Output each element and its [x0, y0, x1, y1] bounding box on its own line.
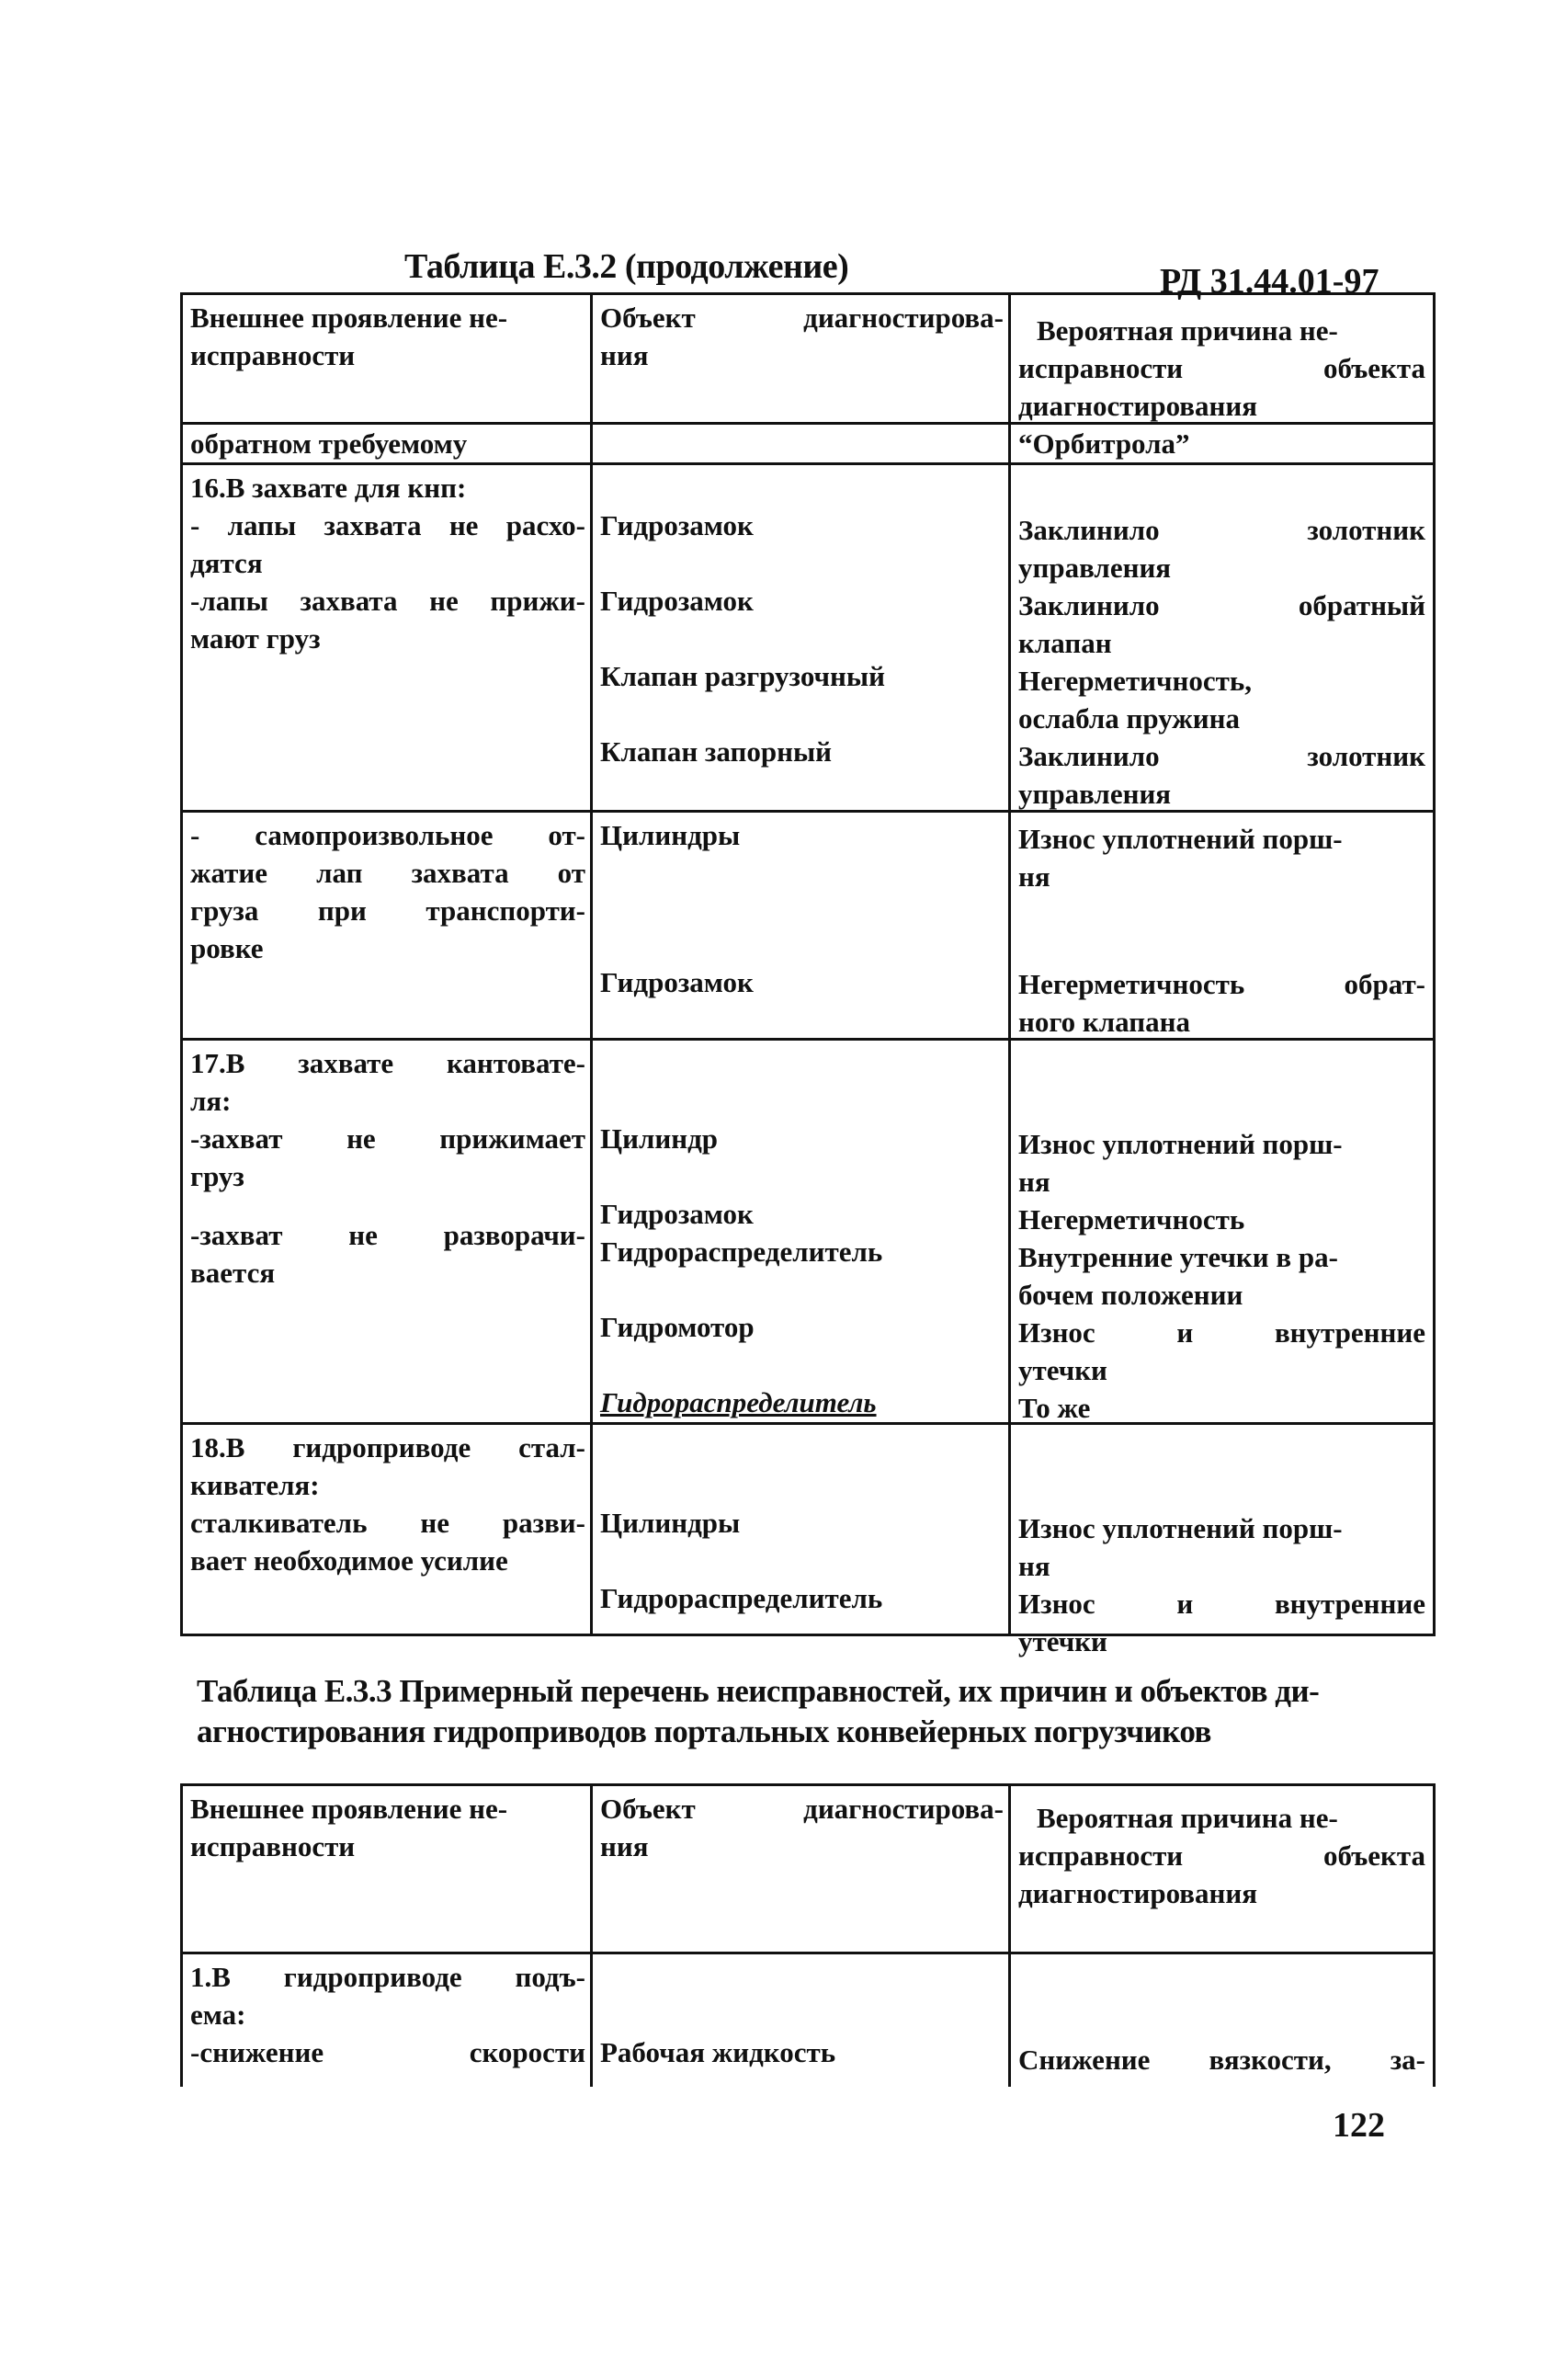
- cell-text: 16.В захвате для кнп:: [190, 469, 585, 507]
- page-number: 122: [1333, 2105, 1385, 2146]
- cell-text: Гидрозамок: [600, 582, 1004, 657]
- cell-text: То же: [1018, 1389, 1425, 1427]
- cell-text: Износ уплотнений порш-: [1018, 1125, 1425, 1163]
- cell-text: Износ уплотнений порш-: [1018, 1509, 1425, 1547]
- cell-text: Заклинило обратный: [1018, 586, 1425, 624]
- row-cell-col3: Заклинило золотник управления Заклинило …: [1011, 465, 1433, 810]
- cell-text: Рабочая жидкость: [600, 2033, 1004, 2071]
- header-text: диагностирования: [1018, 1874, 1425, 1912]
- cell-text: Внутренние утечки в ра-: [1018, 1238, 1425, 1276]
- cell-text: Износ уплотнений порш-: [1018, 820, 1425, 858]
- cell-text: ровке: [190, 929, 585, 967]
- header-text: Вероятная причина не-: [1018, 312, 1425, 349]
- table2-header-col1: Внешнее проявление не- исправности: [183, 1786, 593, 1952]
- cell-text: Гидрораспределитель: [600, 1579, 1004, 1617]
- header-text: Объект диагностирова-: [600, 299, 1004, 336]
- row-cell-col1: 16.В захвате для кнп: - лапы захвата не …: [183, 465, 593, 810]
- cell-text: Гидрораспределитель: [600, 1384, 1004, 1421]
- column-divider: [1008, 295, 1011, 1634]
- cell-text: управления: [1018, 775, 1425, 813]
- row-cell-col3: Снижение вязкости, за-: [1011, 1954, 1433, 2090]
- row-cell-col1: 18.В гидроприводе стал- кивателя: сталки…: [183, 1425, 593, 1639]
- cell-text: - лапы захвата не расхо-: [190, 507, 585, 544]
- cell-text: Негерметичность обрат-: [1018, 965, 1425, 1003]
- cell-text: ня: [1018, 858, 1425, 965]
- cell-text: Износ и внутренние: [1018, 1585, 1425, 1623]
- cell-text: 17.В захвате кантовате-: [190, 1044, 585, 1082]
- table1-caption: Таблица Е.3.2 (продолжение): [404, 246, 848, 287]
- cell-text: ня: [1018, 1547, 1425, 1585]
- header-text: исправности объекта: [1018, 349, 1425, 387]
- cell-text: обратном требуемому: [190, 425, 585, 462]
- cell-text: -захват не разворачи-: [190, 1216, 585, 1254]
- table-row: 1.В гидроприводе подъ- ема: -снижение ск…: [183, 1952, 1433, 2090]
- cell-text: вает необходимое усилие: [190, 1542, 585, 1579]
- column-divider: [1008, 1786, 1011, 2087]
- table-row: - самопроизвольное от- жатие лап захвата…: [183, 810, 1433, 1038]
- column-divider: [590, 1786, 593, 2087]
- header-text: Внешнее проявление не-: [190, 299, 585, 336]
- table1-header-row: Внешнее проявление не- исправности Объек…: [183, 295, 1433, 422]
- cell-text: Заклинило золотник: [1018, 511, 1425, 549]
- cell-text: -лапы захвата не прижи-: [190, 582, 585, 620]
- cell-text: -захват не прижимает: [190, 1120, 585, 1157]
- cell-text: Гидромотор: [600, 1308, 1004, 1384]
- header-text: Объект диагностирова-: [600, 1790, 1004, 1828]
- table-row: 17.В захвате кантовате- ля: -захват не п…: [183, 1038, 1433, 1422]
- cell-text: дятся: [190, 544, 585, 582]
- cell-text: вается: [190, 1254, 585, 1292]
- cell-text: Гидрозамок: [600, 963, 1004, 1001]
- row-cell-col2: Гидрозамок Гидрозамок Клапан разгрузочны…: [593, 465, 1011, 810]
- table-row: 16.В захвате для кнп: - лапы захвата не …: [183, 462, 1433, 810]
- header-text: Вероятная причина не-: [1018, 1799, 1425, 1837]
- cell-text: Негерметичность,: [1018, 662, 1425, 700]
- row-cell-col1: - самопроизвольное от- жатие лап захвата…: [183, 813, 593, 1038]
- header-text: диагностирования: [1018, 387, 1425, 425]
- table1: Внешнее проявление не- исправности Объек…: [180, 292, 1436, 1636]
- cell-text: ного клапана: [1018, 1003, 1425, 1041]
- cell-text: Заклинило золотник: [1018, 737, 1425, 775]
- row-cell-col3: Износ уплотнений порш- ня Негерметичност…: [1011, 813, 1433, 1038]
- row-cell-col3: Износ уплотнений порш- ня Негерметичност…: [1011, 1041, 1433, 1422]
- cell-text: Гидрозамок: [600, 1195, 1004, 1233]
- cell-text: Клапан разгрузочный: [600, 657, 1004, 733]
- cell-text: груз: [190, 1157, 585, 1216]
- cell-text: Клапан запорный: [600, 733, 1004, 770]
- cell-text: управления: [1018, 549, 1425, 586]
- header-text: ния: [600, 336, 1004, 374]
- caption-line: Таблица Е.3.3 Примерный перечень неиспра…: [197, 1671, 1319, 1712]
- table1-header-col3: Вероятная причина не- исправности объект…: [1011, 295, 1433, 422]
- header-text: ния: [600, 1828, 1004, 1865]
- cell-text: “Орбитрола”: [1018, 425, 1425, 462]
- row-cell-col2: Цилиндр Гидрозамок Гидрораспределитель Г…: [593, 1041, 1011, 1422]
- cell-text: Износ и внутренние: [1018, 1314, 1425, 1351]
- row-cell-col2: Цилиндры Гидрозамок: [593, 813, 1011, 1038]
- row-cell-col3: “Орбитрола”: [1011, 425, 1433, 462]
- table2: Внешнее проявление не- исправности Объек…: [180, 1783, 1436, 2087]
- row-cell-col1: 17.В захвате кантовате- ля: -захват не п…: [183, 1041, 593, 1422]
- cell-text: - самопроизвольное от-: [190, 816, 585, 854]
- cell-text: Цилиндры: [600, 816, 1004, 963]
- table2-header-col3: Вероятная причина не- исправности объект…: [1011, 1786, 1433, 1952]
- row-cell-col2: Цилиндры Гидрораспределитель: [593, 1425, 1011, 1639]
- cell-text: кивателя:: [190, 1466, 585, 1504]
- table1-header-col2: Объект диагностирова- ния: [593, 295, 1011, 422]
- table2-caption: Таблица Е.3.3 Примерный перечень неиспра…: [197, 1671, 1319, 1752]
- cell-text: клапан: [1018, 624, 1425, 662]
- header-text: исправности объекта: [1018, 1837, 1425, 1874]
- cell-text: ля:: [190, 1082, 585, 1120]
- row-cell-col3: Износ уплотнений порш- ня Износ и внутре…: [1011, 1425, 1433, 1639]
- header-text: Внешнее проявление не-: [190, 1790, 585, 1828]
- cell-text: ема:: [190, 1996, 585, 2033]
- cell-text: бочем положении: [1018, 1276, 1425, 1314]
- caption-line: агностирования гидроприводов портальных …: [197, 1712, 1319, 1752]
- table2-header-row: Внешнее проявление не- исправности Объек…: [183, 1786, 1433, 1952]
- header-text: исправности: [190, 1828, 585, 1865]
- table-row: 18.В гидроприводе стал- кивателя: сталки…: [183, 1422, 1433, 1639]
- cell-text: утечки: [1018, 1351, 1425, 1389]
- cell-text: ня: [1018, 1163, 1425, 1201]
- cell-text: груза при транспорти-: [190, 892, 585, 929]
- table1-header-col1: Внешнее проявление не- исправности: [183, 295, 593, 422]
- column-divider: [590, 295, 593, 1634]
- cell-text: -снижение скорости: [190, 2033, 585, 2071]
- cell-text: Негерметичность: [1018, 1201, 1425, 1238]
- cell-text: Гидрозамок: [600, 507, 1004, 582]
- row-cell-col2: Рабочая жидкость: [593, 1954, 1011, 2090]
- row-cell-col1: 1.В гидроприводе подъ- ема: -снижение ск…: [183, 1954, 593, 2090]
- cell-text: 18.В гидроприводе стал-: [190, 1429, 585, 1466]
- cell-text: Гидрораспределитель: [600, 1233, 1004, 1308]
- cell-text: Снижение вязкости, за-: [1018, 2041, 1425, 2078]
- cell-text: Цилиндр: [600, 1120, 1004, 1195]
- cell-text: сталкиватель не разви-: [190, 1504, 585, 1542]
- cell-text: утечки: [1018, 1623, 1425, 1660]
- cell-text: мают груз: [190, 620, 585, 657]
- cell-text: Цилиндры: [600, 1504, 1004, 1579]
- cell-text: ослабла пружина: [1018, 700, 1425, 737]
- cell-text: 1.В гидроприводе подъ-: [190, 1958, 585, 1996]
- header-text: исправности: [190, 336, 585, 374]
- cell-text: жатие лап захвата от: [190, 854, 585, 892]
- row-cell-col1: обратном требуемому: [183, 425, 593, 462]
- table-row: обратном требуемому “Орбитрола”: [183, 422, 1433, 462]
- table2-header-col2: Объект диагностирова- ния: [593, 1786, 1011, 1952]
